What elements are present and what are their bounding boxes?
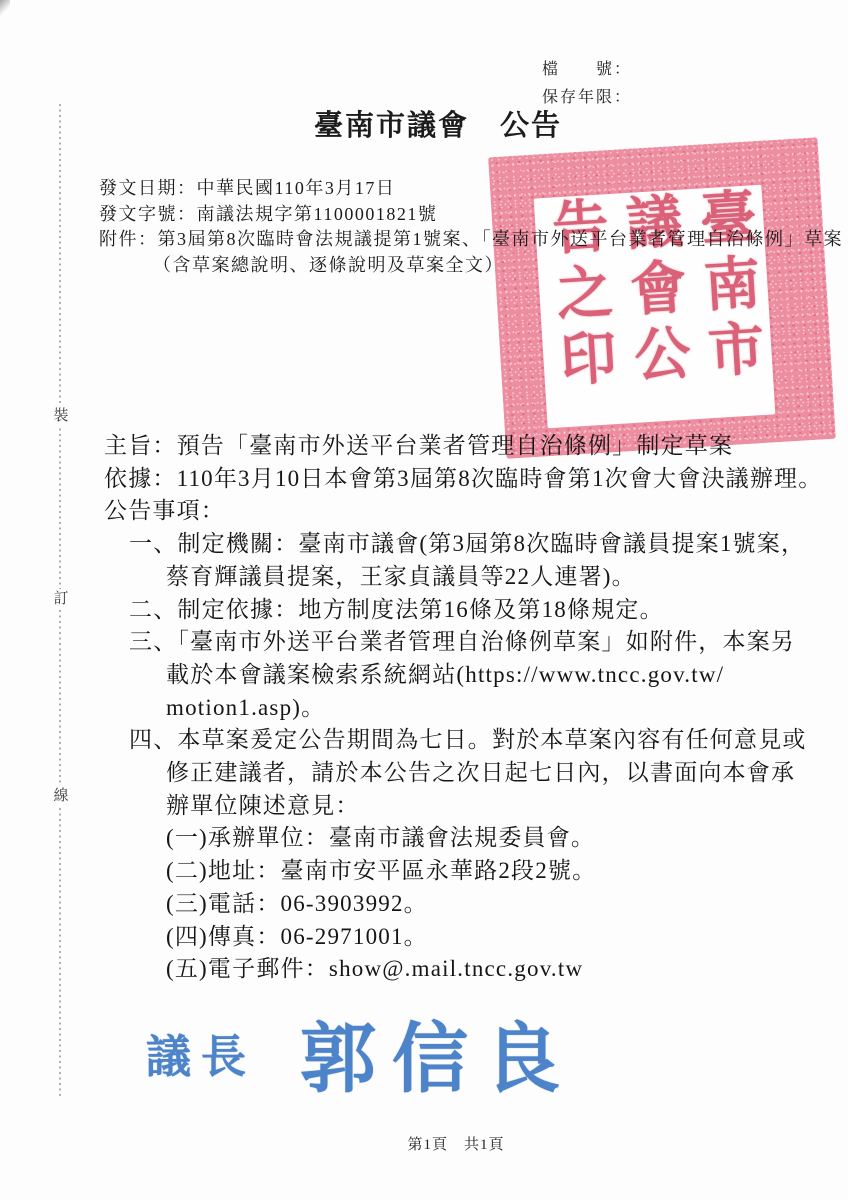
- body-line: (三)電話：06-3903992。: [0, 888, 848, 921]
- document-page: 裝 訂 線 檔 號： 保存年限： 臺南市議會 公告 臺南市 議會公 告之印 發文…: [0, 0, 848, 1200]
- body-line: 主旨：預告「臺南市外送平台業者管理自治條例」制定草案: [0, 430, 848, 463]
- speaker-signature-stamp: 議長 郭信良: [146, 1000, 576, 1104]
- binding-mark-zhuang: 裝: [47, 406, 75, 426]
- speaker-name: 郭信良: [300, 998, 576, 1107]
- archive-number-label: 檔 號：: [542, 56, 632, 84]
- body-line: 載於本會議案檢索系統網站(https://www.tncc.gov.tw/: [0, 659, 848, 692]
- issue-date-line: 發文日期：中華民國110年3月17日: [99, 176, 843, 202]
- meta-block: 發文日期：中華民國110年3月17日 發文字號：南議法規字第1100001821…: [99, 176, 843, 278]
- attachment-continuation-line: （含草案總說明、逐條說明及草案全文）: [99, 253, 843, 279]
- page-number: 第1頁 共1頁: [0, 1133, 848, 1154]
- scan-artifact: [0, 0, 10, 16]
- body-line: (五)電子郵件：show@.mail.tncc.gov.tw: [0, 953, 848, 986]
- body-line: (二)地址：臺南市安平區永華路2段2號。: [0, 855, 848, 888]
- speaker-title: 議長: [146, 1020, 256, 1085]
- body-line: 三、「臺南市外送平台業者管理自治條例草案」如附件，本案另: [0, 626, 848, 659]
- body-line: 修正建議者，請於本公告之次日起七日內，以書面向本會承: [0, 757, 848, 790]
- body-line: 辦單位陳述意見：: [0, 790, 848, 823]
- body-line: (四)傳真：06-2971001。: [0, 921, 848, 954]
- body-line: 四、本草案爰定公告期間為七日。對於本草案內容有任何意見或: [0, 724, 848, 757]
- announcement-body: 主旨：預告「臺南市外送平台業者管理自治條例」制定草案 依據：110年3月10日本…: [0, 430, 848, 986]
- body-line: (一)承辦單位：臺南市議會法規委員會。: [0, 822, 848, 855]
- body-line: 蔡育輝議員提案，王家貞議員等22人連署)。: [0, 561, 848, 594]
- body-line: 一、制定機關：臺南市議會(第3屆第8次臨時會議員提案1號案，: [0, 528, 848, 561]
- body-line: 二、制定依據：地方制度法第16條及第18條規定。: [0, 594, 848, 627]
- body-line: 依據：110年3月10日本會第3屆第8次臨時會第1次會大會決議辦理。: [0, 463, 848, 496]
- attachment-line: 附件：第3屆第8次臨時會法規議提第1號案、「臺南市外送平台業者管理自治條例」草案: [99, 227, 843, 253]
- body-line: 公告事項：: [0, 495, 848, 528]
- issue-number-line: 發文字號：南議法規字第1100001821號: [99, 202, 843, 228]
- body-line: motion1.asp)。: [0, 692, 848, 725]
- document-title: 臺南市議會 公告: [314, 103, 562, 144]
